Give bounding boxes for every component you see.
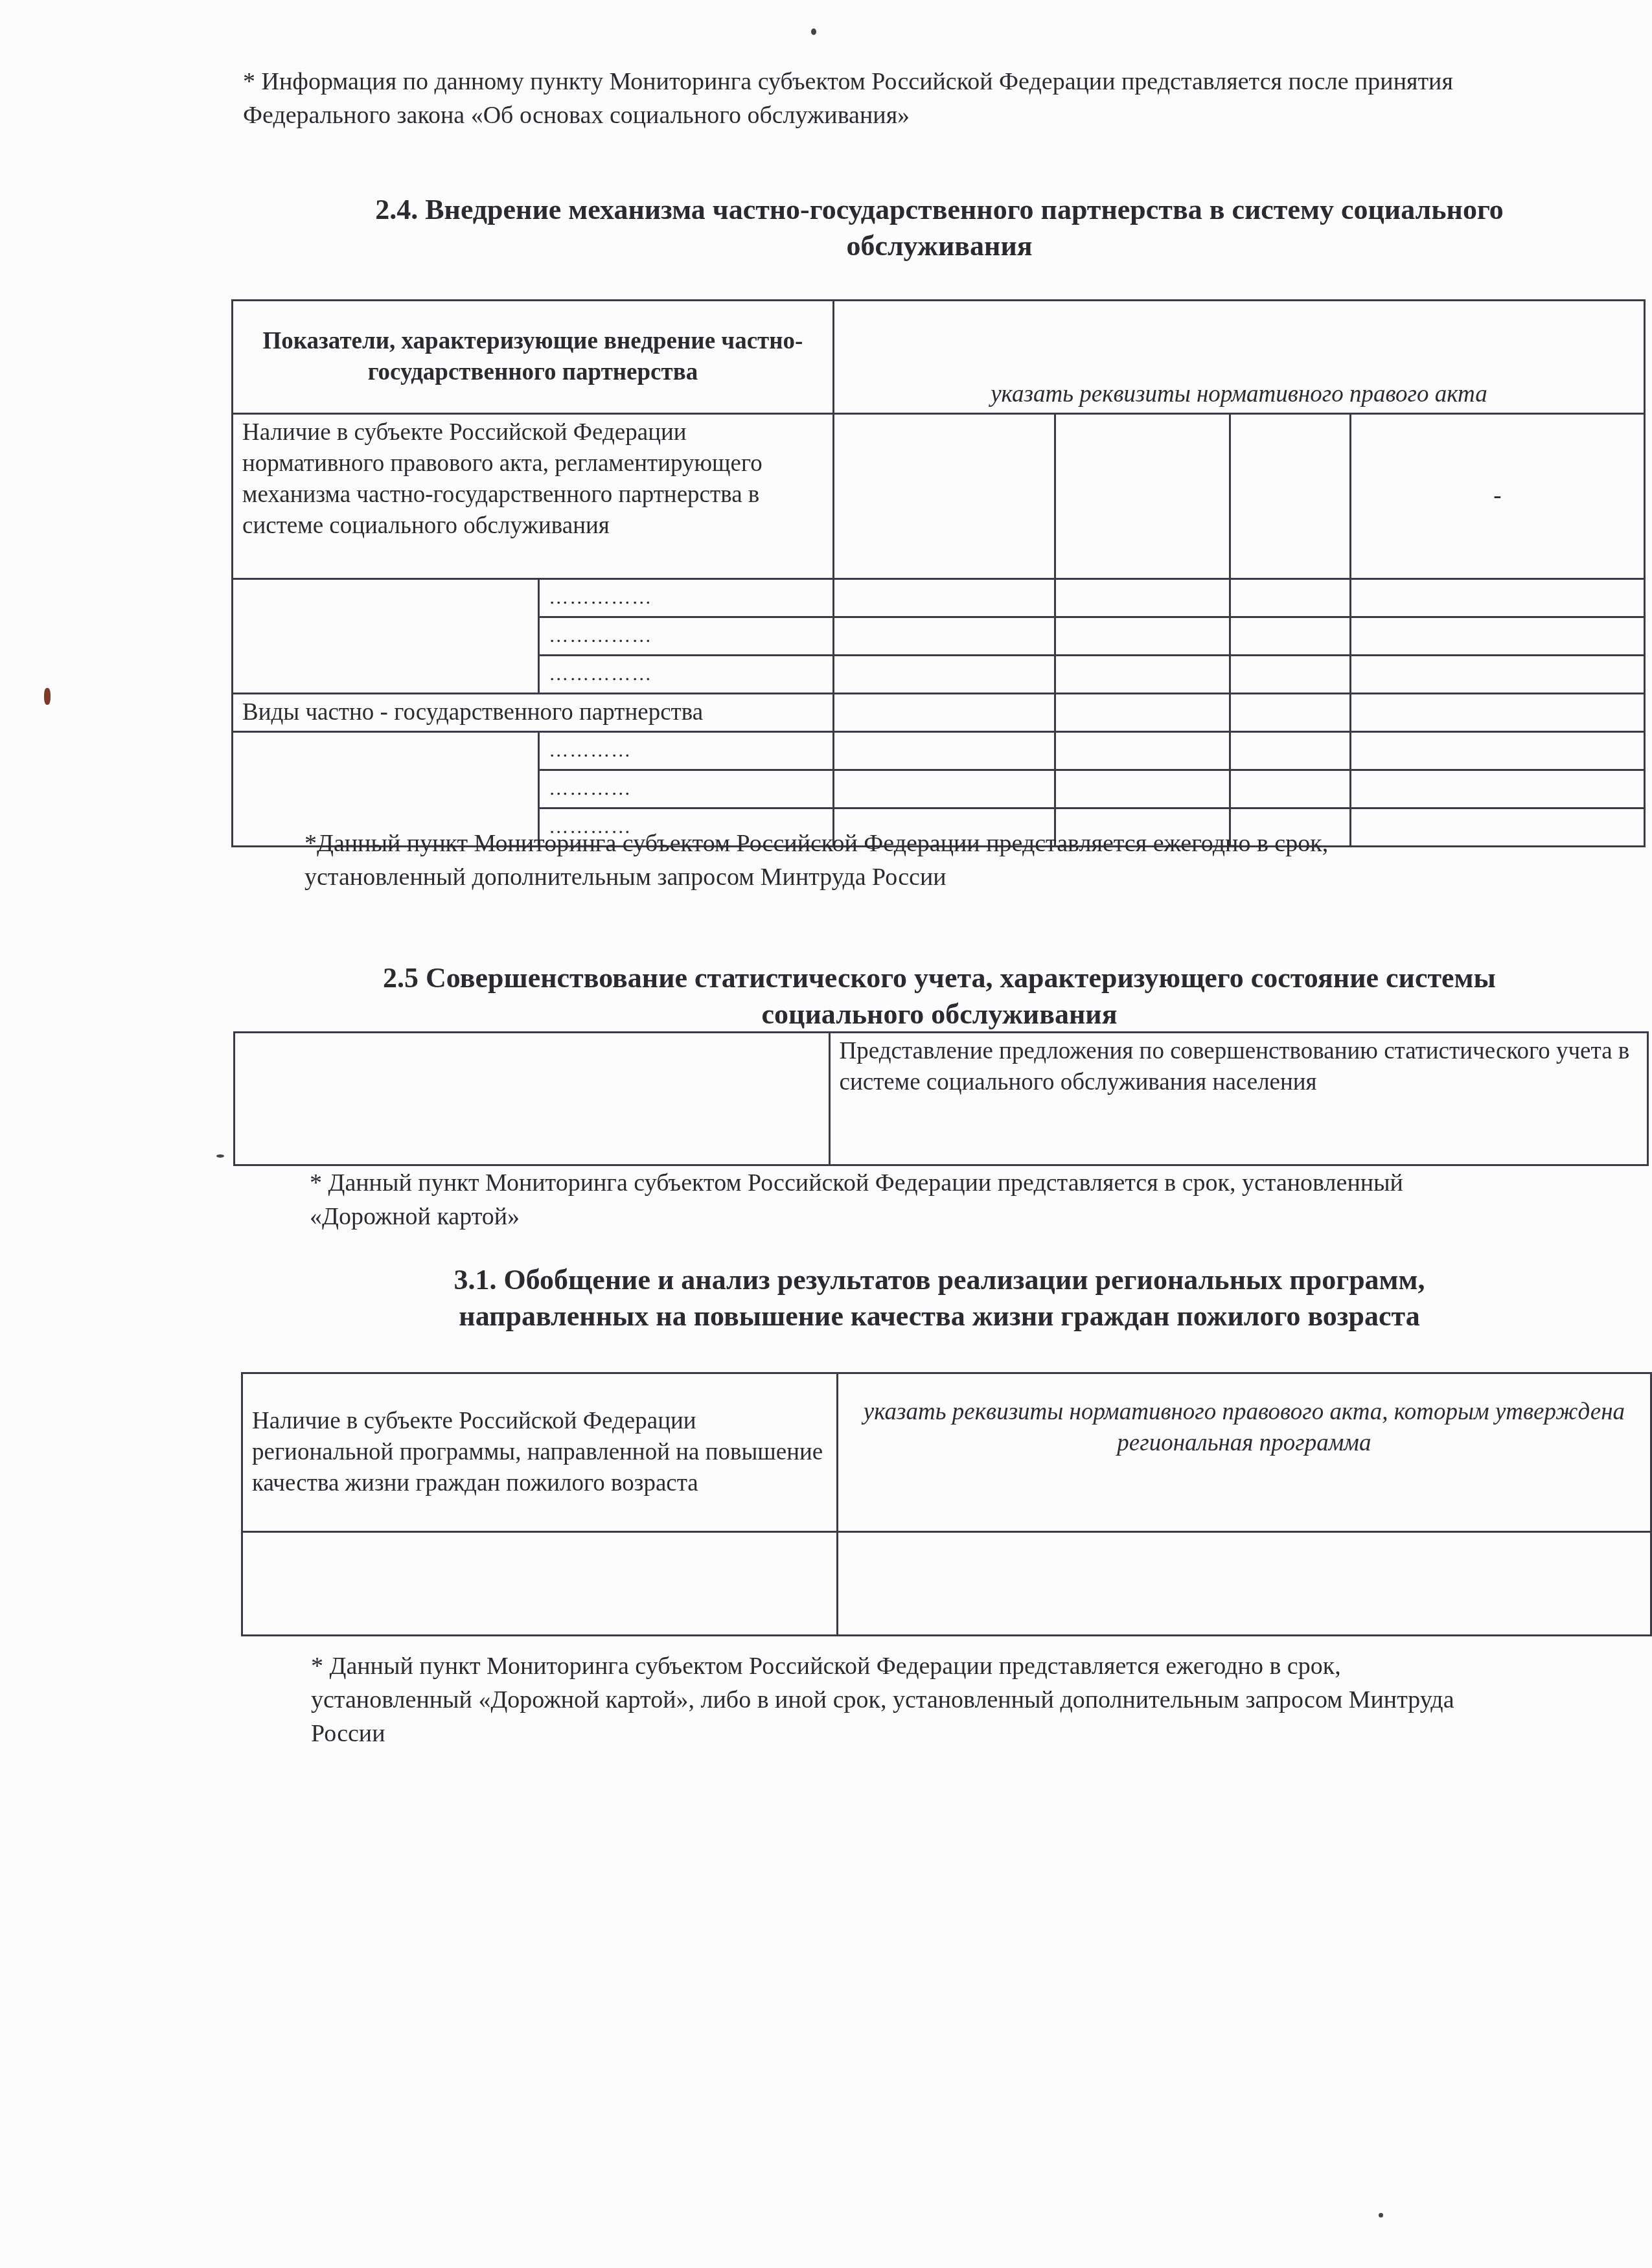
top-note: * Информация по данному пункту Мониторин… [243, 65, 1453, 132]
cell-input[interactable] [1350, 617, 1644, 656]
sub-item: ………… [539, 770, 834, 808]
cell-input[interactable] [1230, 770, 1350, 808]
cell-input[interactable] [833, 579, 1055, 617]
cell-input[interactable] [1230, 732, 1350, 770]
cell-input[interactable] [1350, 656, 1644, 694]
cell-input[interactable] [1055, 579, 1230, 617]
section-3-1-table: Наличие в субъекте Российской Федерации … [241, 1372, 1652, 1636]
cell-input[interactable] [833, 732, 1055, 770]
cell-input[interactable] [1230, 617, 1350, 656]
sub-group-1-blank [233, 579, 539, 694]
scan-speck [811, 29, 816, 35]
cell-input[interactable] [1350, 808, 1644, 847]
cell-input[interactable] [833, 656, 1055, 694]
scan-speck [1379, 2213, 1383, 2217]
cell-input[interactable] [1230, 579, 1350, 617]
row-ppp-types: Виды частно - государственного партнерст… [233, 694, 834, 732]
statistics-proposal-cell: Представление предложения по совершенств… [829, 1033, 1647, 1165]
scan-speck [44, 688, 51, 705]
cell-input[interactable] [1055, 656, 1230, 694]
cell-input[interactable] [1230, 694, 1350, 732]
cell-input[interactable] [1230, 414, 1350, 579]
regional-program-legal-act: указать реквизиты нормативного правового… [837, 1373, 1651, 1532]
section-2-5-footnote: * Данный пункт Мониторинга субъектом Рос… [310, 1166, 1403, 1233]
table-header-legal-act: указать реквизиты нормативного правого а… [833, 301, 1644, 414]
section-3-1-footnote: * Данный пункт Мониторинга субъектом Рос… [311, 1649, 1454, 1750]
sub-item: …………… [539, 656, 834, 694]
cell-input[interactable]: - [1350, 414, 1644, 579]
cell-input[interactable] [1055, 770, 1230, 808]
cell-input[interactable] [1350, 694, 1644, 732]
section-2-4-title: 2.4. Внедрение механизма частно-государс… [233, 192, 1646, 264]
cell-input[interactable] [1350, 579, 1644, 617]
cell-input[interactable] [1055, 694, 1230, 732]
section-2-5-table: Представление предложения по совершенств… [233, 1031, 1649, 1166]
cell-input[interactable] [833, 617, 1055, 656]
cell-input[interactable] [1350, 732, 1644, 770]
cell-input[interactable] [833, 694, 1055, 732]
top-note-line2: Федерального закона «Об основах социальн… [243, 98, 1453, 132]
cell-input[interactable] [1230, 656, 1350, 694]
row-legal-act-presence: Наличие в субъекте Российской Федерации … [233, 414, 834, 579]
cell-input[interactable] [1055, 617, 1230, 656]
sub-item: …………… [539, 617, 834, 656]
cell-input[interactable] [837, 1532, 1651, 1636]
section-2-4-table: Показатели, характеризующие внедрение ча… [231, 299, 1646, 847]
cell-input[interactable] [1055, 414, 1230, 579]
table-header-indicators: Показатели, характеризующие внедрение ча… [233, 301, 834, 414]
sub-item: ………… [539, 732, 834, 770]
scan-speck [216, 1154, 224, 1158]
top-note-line1: * Информация по данному пункту Мониторин… [243, 65, 1453, 98]
cell-input[interactable] [235, 1033, 830, 1165]
cell-input[interactable] [1055, 732, 1230, 770]
cell-input[interactable] [833, 414, 1055, 579]
sub-item: …………… [539, 579, 834, 617]
section-3-1-title: 3.1. Обобщение и анализ результатов реал… [233, 1262, 1646, 1334]
section-2-5-title: 2.5 Совершенствование статистического уч… [233, 960, 1646, 1033]
section-2-4-footnote: *Данный пункт Мониторинга субъектом Росс… [304, 827, 1328, 894]
cell-input[interactable] [833, 770, 1055, 808]
cell-input[interactable] [1350, 770, 1644, 808]
cell-input[interactable] [242, 1532, 838, 1636]
regional-program-presence: Наличие в субъекте Российской Федерации … [242, 1373, 838, 1532]
